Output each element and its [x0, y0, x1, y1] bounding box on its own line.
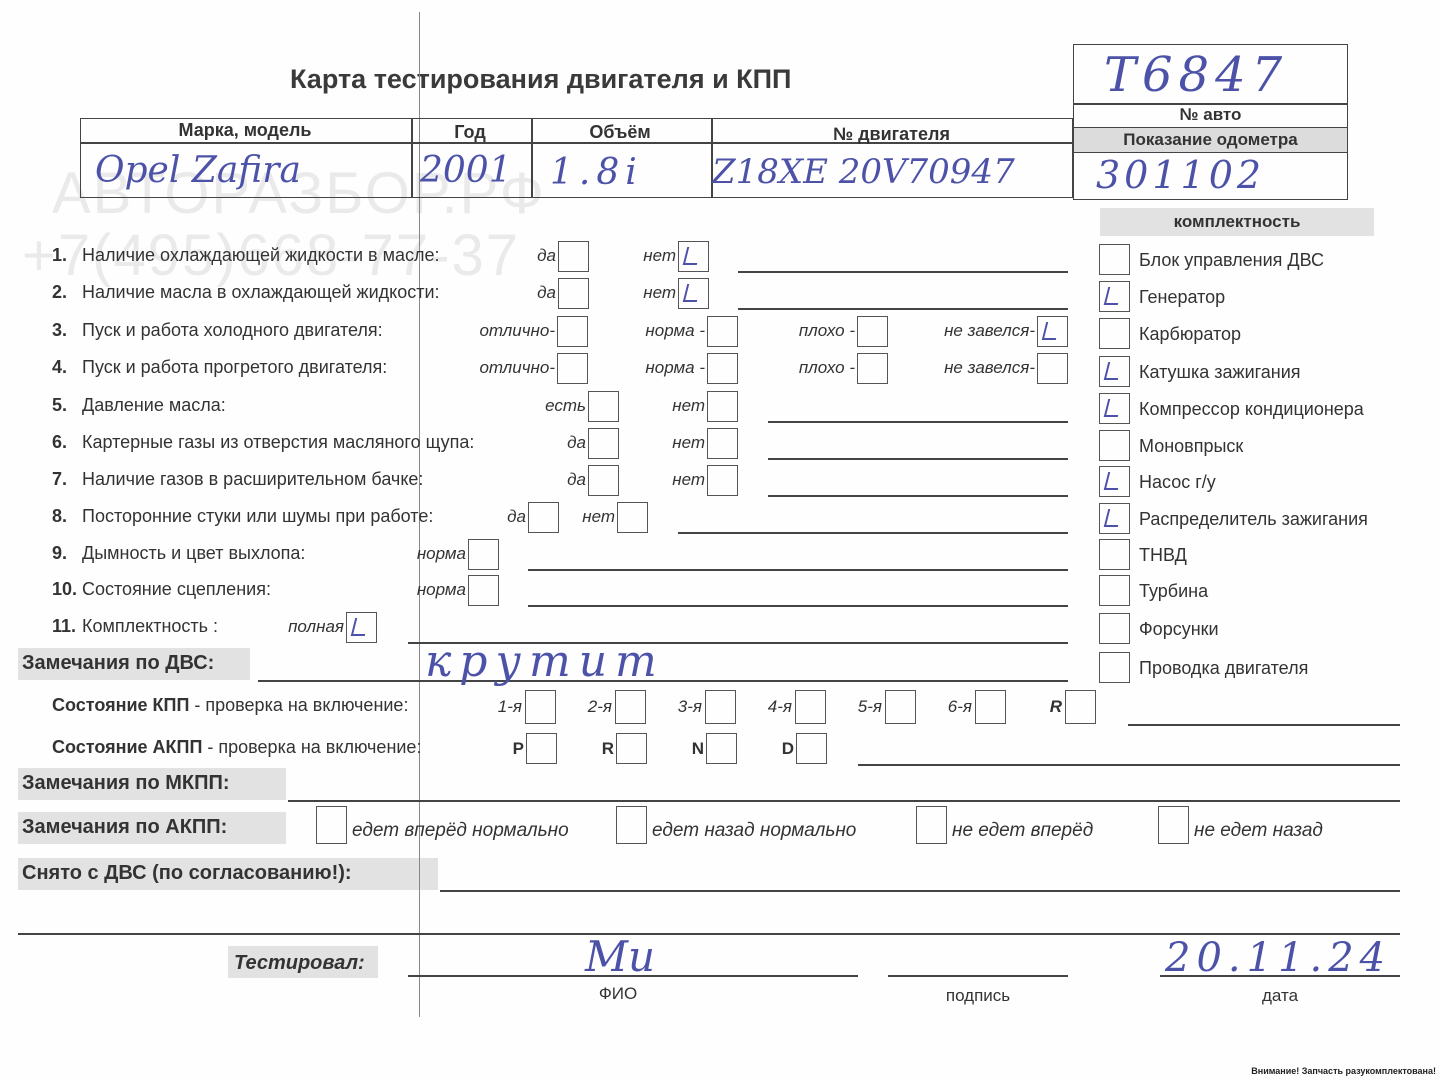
gear-checkbox[interactable]	[795, 690, 826, 724]
completeness-checkbox[interactable]	[1099, 430, 1130, 461]
check-item-label: 8.Посторонние стуки или шумы при работе:	[52, 506, 433, 527]
checkbox[interactable]	[468, 539, 499, 570]
option-label: есть	[494, 396, 586, 416]
gear-checkbox[interactable]	[1065, 690, 1096, 724]
option-label: да	[486, 246, 556, 266]
comment-line[interactable]	[528, 569, 1068, 571]
check-item-label: 5.Давление масла:	[52, 395, 226, 416]
year-value[interactable]: 2001	[420, 150, 512, 191]
option-label: нет	[594, 246, 676, 266]
completeness-item-label: Карбюратор	[1139, 324, 1241, 345]
akpp-option-checkbox[interactable]	[316, 806, 347, 844]
completeness-item-label: Форсунки	[1139, 619, 1219, 640]
date-value[interactable]: 20.11.24	[1165, 935, 1391, 981]
completeness-checkbox[interactable]	[1099, 244, 1130, 275]
gear-checkbox[interactable]	[525, 690, 556, 724]
gear-label: 1-я	[485, 697, 522, 717]
manual-gearbox-label: Состояние КПП - проверка на включение:	[52, 695, 408, 716]
option-label: нет	[534, 507, 615, 527]
comment-line[interactable]	[738, 308, 1068, 310]
mkpp-remarks-label: Замечания по МКПП:	[22, 772, 230, 795]
gear-label: 4-я	[755, 697, 792, 717]
checkbox[interactable]	[558, 241, 589, 272]
engine-number-value[interactable]: Z18XE 20V70947	[712, 152, 1015, 192]
completeness-item-label: Генератор	[1139, 287, 1225, 308]
gear-checkbox[interactable]	[706, 733, 737, 764]
check-item-label: 6.Картерные газы из отверстия масляного …	[52, 432, 474, 453]
gear-label: 3-я	[665, 697, 702, 717]
signature-caption: подпись	[888, 986, 1068, 1006]
volume-value[interactable]: 1.8i	[550, 152, 643, 193]
checkbox[interactable]	[617, 502, 648, 533]
completeness-checkbox[interactable]	[1099, 539, 1130, 570]
gear-label: 5-я	[845, 697, 882, 717]
gear-checkbox[interactable]	[885, 690, 916, 724]
car-number-value[interactable]: T6847	[1104, 47, 1288, 103]
car-info-box: T6847 № авто Показание одометра 301102	[1073, 44, 1348, 200]
checkbox[interactable]	[707, 353, 738, 384]
check-item-label: 2.Наличие масла в охлаждающей жидкости:	[52, 282, 440, 303]
header-make-model: Марка, модель	[80, 120, 410, 141]
car-number-label: № авто	[1074, 105, 1347, 125]
gear-label: P	[486, 739, 524, 759]
completeness-item-label: Проводка двигателя	[1139, 658, 1308, 679]
option-label: да	[520, 433, 586, 453]
gear-label: 6-я	[935, 697, 972, 717]
option-label: не завелся-	[888, 358, 1035, 378]
name-caption: ФИО	[408, 984, 828, 1004]
completeness-item-label: Распределитель зажигания	[1139, 509, 1368, 530]
completeness-item-label: Блок управления ДВС	[1139, 250, 1324, 271]
gear-checkbox[interactable]	[616, 733, 647, 764]
footer-notice: Внимание! Запчасть разукомплектована!	[1251, 1066, 1436, 1076]
checkbox[interactable]	[707, 428, 738, 459]
completeness-title: комплектность	[1100, 212, 1374, 232]
check-item-label: 11.Комплектность :	[52, 616, 218, 637]
completeness-item-label: ТНВД	[1139, 545, 1187, 566]
option-label: полная	[236, 617, 344, 637]
option-label: нет	[624, 470, 705, 490]
option-label: да	[486, 283, 556, 303]
tester-name-value[interactable]: Ми	[585, 932, 655, 981]
gear-checkbox[interactable]	[526, 733, 557, 764]
removed-line	[440, 890, 1400, 892]
checkbox[interactable]	[588, 465, 619, 496]
completeness-checkbox[interactable]	[1099, 652, 1130, 683]
checkbox[interactable]	[588, 428, 619, 459]
completeness-checkbox[interactable]	[1099, 466, 1130, 497]
completeness-checkbox[interactable]	[1099, 318, 1130, 349]
completeness-item-label: Насос г/у	[1139, 472, 1216, 493]
gear-label: D	[756, 739, 794, 759]
checkbox[interactable]	[1037, 316, 1068, 347]
check-item-label: 10.Состояние сцепления:	[52, 579, 271, 600]
gear-label: R	[1025, 697, 1062, 717]
option-label: плохо -	[748, 321, 855, 341]
akpp-option-label: едет назад нормально	[652, 820, 856, 842]
comment-line[interactable]	[678, 532, 1068, 534]
option-label: норма	[364, 544, 466, 564]
checkbox[interactable]	[857, 316, 888, 347]
engine-remarks-label: Замечания по ДВС:	[22, 652, 214, 675]
checkbox[interactable]	[857, 353, 888, 384]
comment-line[interactable]	[768, 458, 1068, 460]
removed-label: Снято с ДВС (по согласованию!):	[22, 862, 352, 885]
checkbox[interactable]	[346, 612, 377, 643]
comment-line[interactable]	[528, 605, 1068, 607]
completeness-checkbox[interactable]	[1099, 393, 1130, 424]
check-item-label: 1.Наличие охлаждающей жидкости в масле:	[52, 245, 440, 266]
mkpp-remarks-line	[288, 800, 1400, 802]
option-label: нет	[624, 396, 705, 416]
completeness-item-label: Моновпрыск	[1139, 436, 1243, 457]
option-label: не завелся-	[888, 321, 1035, 341]
page-title: Карта тестирования двигателя и КПП	[290, 64, 791, 95]
gear-label: 2-я	[575, 697, 612, 717]
completeness-item-label: Катушка зажигания	[1139, 362, 1301, 383]
comment-line[interactable]	[768, 495, 1068, 497]
signature-line	[888, 975, 1068, 977]
completeness-item-label: Турбина	[1139, 581, 1208, 602]
make-model-value[interactable]: Opel Zafira	[95, 150, 301, 191]
checkbox[interactable]	[707, 391, 738, 422]
option-label: отлично-	[426, 358, 555, 378]
odometer-value[interactable]: 301102	[1096, 153, 1265, 197]
check-item-label: 3.Пуск и работа холодного двигателя:	[52, 320, 383, 341]
option-label: нет	[624, 433, 705, 453]
checkbox[interactable]	[1037, 353, 1068, 384]
checkbox[interactable]	[468, 575, 499, 606]
auto-gearbox-line	[858, 764, 1400, 766]
header-engine-number: № двигателя	[710, 124, 1073, 145]
check-item-label: 9.Дымность и цвет выхлопа:	[52, 543, 305, 564]
completeness-checkbox[interactable]	[1099, 575, 1130, 606]
completeness-item-label: Компрессор кондиционера	[1139, 399, 1364, 420]
akpp-option-checkbox[interactable]	[1158, 806, 1189, 844]
completeness-checkbox[interactable]	[1099, 503, 1130, 534]
completeness-checkbox[interactable]	[1099, 356, 1130, 387]
option-label: норма	[364, 580, 466, 600]
odometer-label: Показание одометра	[1074, 127, 1347, 153]
option-label: отлично-	[426, 321, 555, 341]
tested-by-label: Тестировал:	[234, 952, 365, 975]
akpp-option-checkbox[interactable]	[916, 806, 947, 844]
gear-checkbox[interactable]	[615, 690, 646, 724]
gear-checkbox[interactable]	[705, 690, 736, 724]
option-label: да	[460, 507, 526, 527]
checkbox[interactable]	[588, 391, 619, 422]
akpp-option-label: едет вперёд нормально	[352, 820, 569, 842]
akpp-remarks-label: Замечания по АКПП:	[22, 816, 227, 839]
date-caption: дата	[1160, 986, 1400, 1006]
akpp-option-label: не едет вперёд	[952, 820, 1093, 842]
checkbox[interactable]	[707, 465, 738, 496]
gear-checkbox[interactable]	[796, 733, 827, 764]
option-label: да	[520, 470, 586, 490]
comment-line[interactable]	[768, 421, 1068, 423]
option-label: нет	[594, 283, 676, 303]
checkbox[interactable]	[707, 316, 738, 347]
akpp-option-checkbox[interactable]	[616, 806, 647, 844]
completeness-checkbox[interactable]	[1099, 281, 1130, 312]
gear-label: R	[576, 739, 614, 759]
gear-checkbox[interactable]	[975, 690, 1006, 724]
checkbox[interactable]	[678, 241, 709, 272]
checkbox[interactable]	[557, 353, 588, 384]
gear-label: N	[666, 739, 704, 759]
option-label: плохо -	[748, 358, 855, 378]
option-label: норма -	[594, 358, 705, 378]
header-year: Год	[410, 122, 530, 143]
check-item-label: 7.Наличие газов в расширительном бачке:	[52, 469, 423, 490]
check-item-label: 4.Пуск и работа прогретого двигателя:	[52, 357, 387, 378]
checkbox[interactable]	[678, 278, 709, 309]
checkbox[interactable]	[558, 278, 589, 309]
engine-remarks-value[interactable]: крутит	[425, 636, 665, 687]
checkbox[interactable]	[557, 316, 588, 347]
option-label: норма -	[594, 321, 705, 341]
header-volume: Объём	[530, 122, 710, 143]
manual-gearbox-line	[1128, 724, 1400, 726]
akpp-option-label: не едет назад	[1194, 820, 1323, 842]
auto-gearbox-label: Состояние АКПП - проверка на включение:	[52, 737, 421, 758]
comment-line[interactable]	[738, 271, 1068, 273]
completeness-checkbox[interactable]	[1099, 613, 1130, 644]
